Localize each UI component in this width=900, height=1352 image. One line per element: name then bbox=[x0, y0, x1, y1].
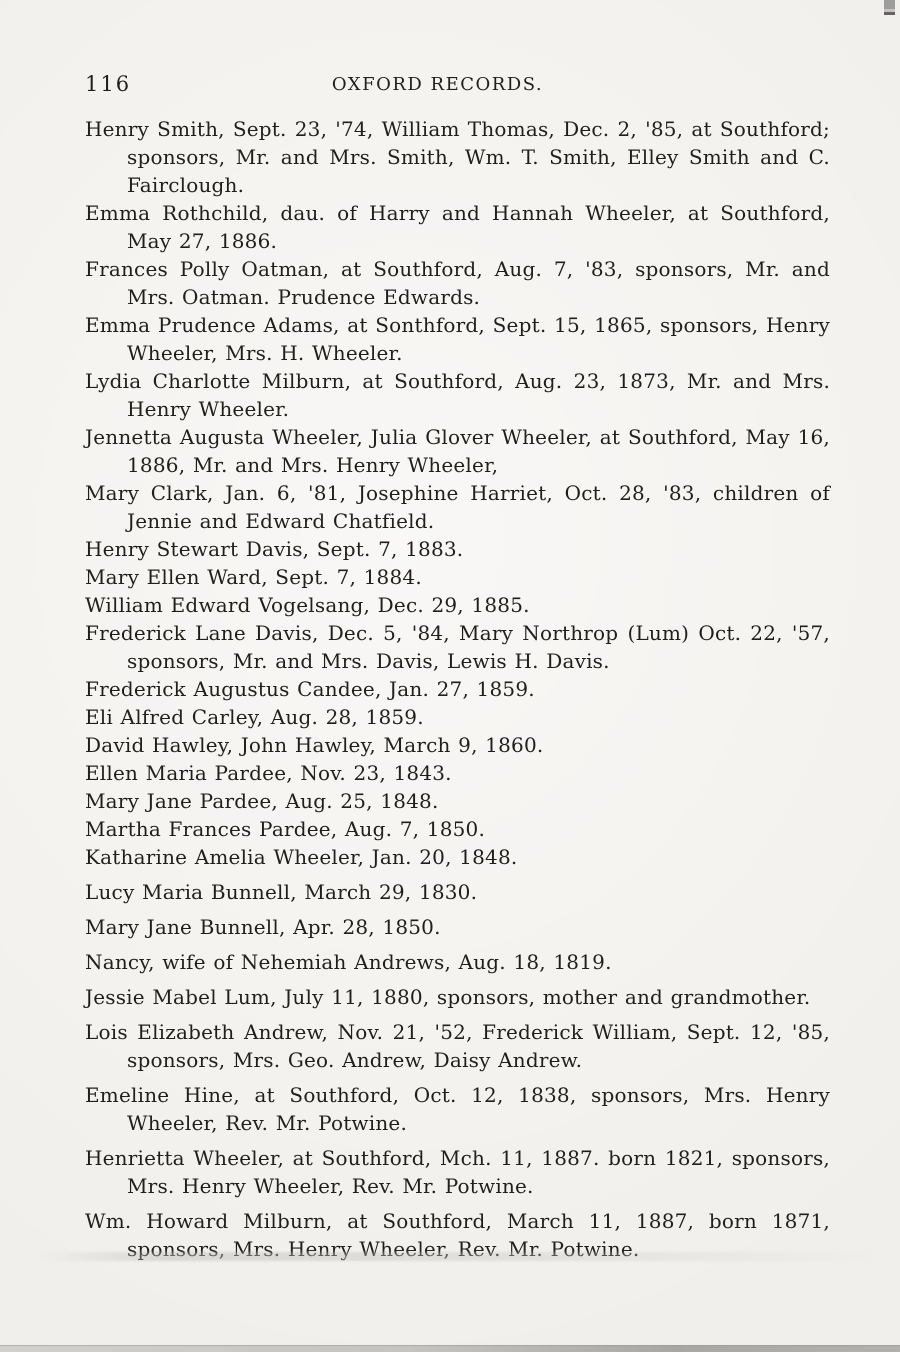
scanned-book-page: 116 OXFORD RECORDS. Henry Smith, Sept. 2… bbox=[0, 0, 900, 1352]
record-entry: David Hawley, John Hawley, March 9, 1860… bbox=[85, 731, 830, 759]
record-entry: Mary Jane Bunnell, Apr. 28, 1850. bbox=[85, 913, 830, 941]
record-entry: Mary Jane Pardee, Aug. 25, 1848. bbox=[85, 787, 830, 815]
scan-artifact-top-right bbox=[884, 0, 895, 15]
scan-streak bbox=[40, 1252, 880, 1261]
record-entry: Henry Smith, Sept. 23, '74, William Thom… bbox=[85, 115, 830, 199]
record-entry: Emma Rothchild, dau. of Harry and Hannah… bbox=[85, 199, 830, 255]
record-entry: Jessie Mabel Lum, July 11, 1880, sponsor… bbox=[85, 983, 830, 1011]
record-entry: Nancy, wife of Nehemiah Andrews, Aug. 18… bbox=[85, 948, 830, 976]
record-entry: Martha Frances Pardee, Aug. 7, 1850. bbox=[85, 815, 830, 843]
record-entry: Lois Elizabeth Andrew, Nov. 21, '52, Fre… bbox=[85, 1018, 830, 1074]
record-entry: Ellen Maria Pardee, Nov. 23, 1843. bbox=[85, 759, 830, 787]
record-entry: Emma Prudence Adams, at Sonthford, Sept.… bbox=[85, 311, 830, 367]
scan-edge-bottom bbox=[0, 1345, 900, 1352]
record-entry: Lucy Maria Bunnell, March 29, 1830. bbox=[85, 878, 830, 906]
record-entry: Jennetta Augusta Wheeler, Julia Glover W… bbox=[85, 423, 830, 479]
record-entry: Frederick Augustus Candee, Jan. 27, 1859… bbox=[85, 675, 830, 703]
record-entry: Eli Alfred Carley, Aug. 28, 1859. bbox=[85, 703, 830, 731]
record-entry: Mary Clark, Jan. 6, '81, Josephine Harri… bbox=[85, 479, 830, 535]
record-entry: Katharine Amelia Wheeler, Jan. 20, 1848. bbox=[85, 843, 830, 871]
record-entry: Mary Ellen Ward, Sept. 7, 1884. bbox=[85, 563, 830, 591]
page-header: 116 OXFORD RECORDS. bbox=[85, 72, 830, 102]
record-entry: William Edward Vogelsang, Dec. 29, 1885. bbox=[85, 591, 830, 619]
running-head: OXFORD RECORDS. bbox=[85, 74, 790, 95]
record-entry: Henrietta Wheeler, at Southford, Mch. 11… bbox=[85, 1144, 830, 1200]
record-entry: Henry Stewart Davis, Sept. 7, 1883. bbox=[85, 535, 830, 563]
record-entry: Frances Polly Oatman, at Southford, Aug.… bbox=[85, 255, 830, 311]
record-entry: Lydia Charlotte Milburn, at Southford, A… bbox=[85, 367, 830, 423]
record-entry: Frederick Lane Davis, Dec. 5, '84, Mary … bbox=[85, 619, 830, 675]
record-entry: Emeline Hine, at Southford, Oct. 12, 183… bbox=[85, 1081, 830, 1137]
records-list: Henry Smith, Sept. 23, '74, William Thom… bbox=[85, 115, 830, 1263]
